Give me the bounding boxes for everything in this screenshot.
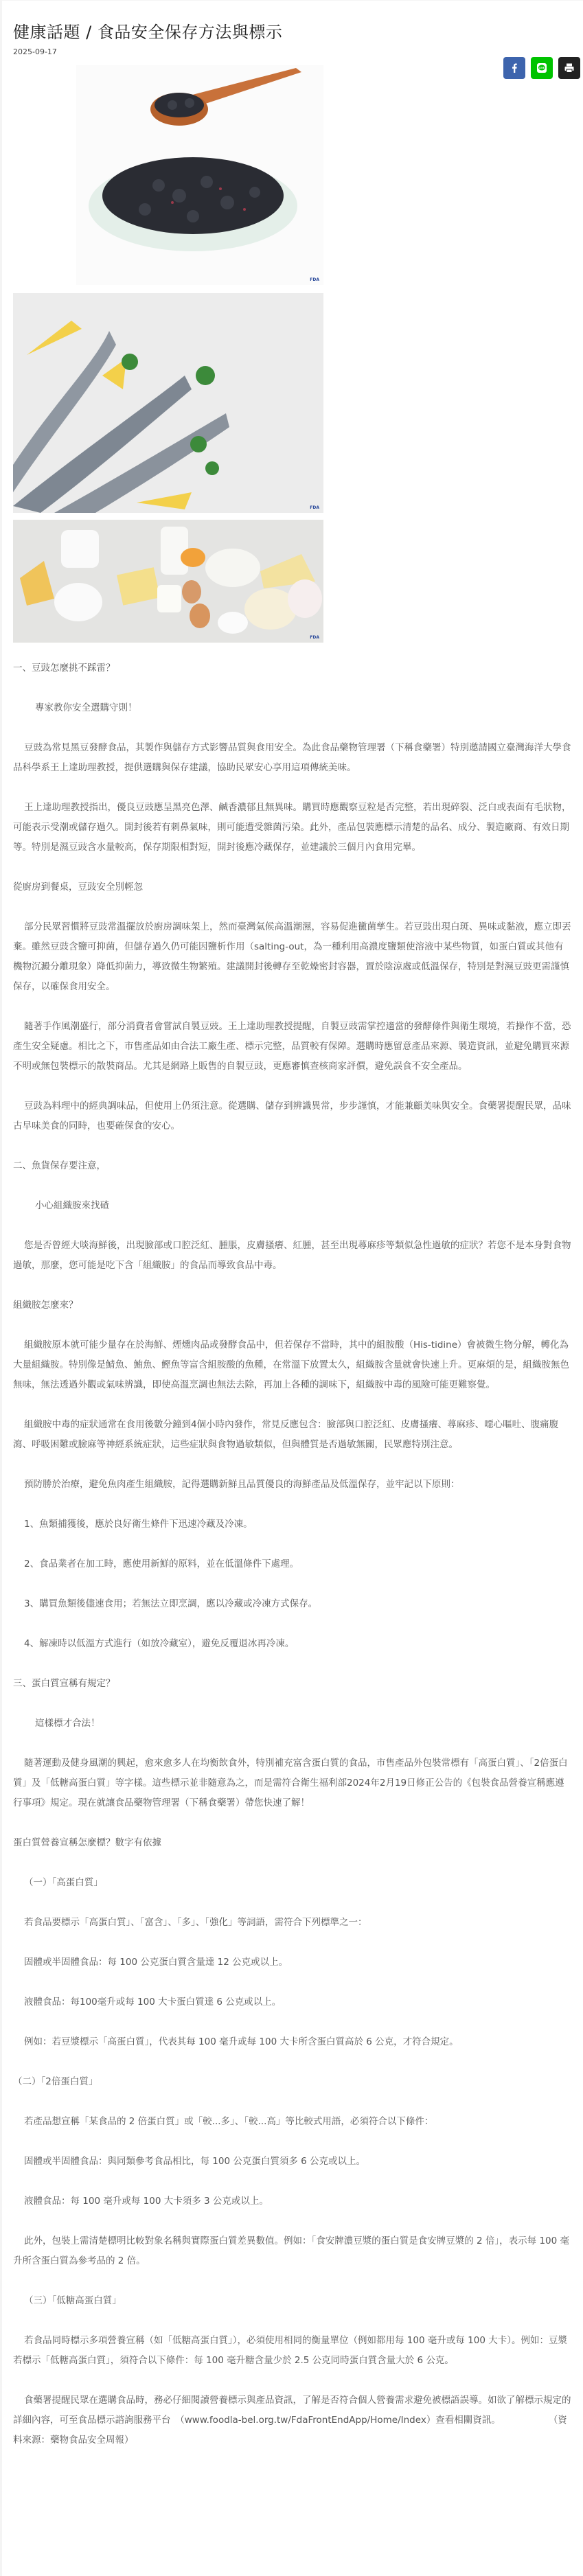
- paragraph: 若食品要標示「高蛋白質」、「富含」、「多」、「強化」等詞語，需符合下列標準之一：: [13, 1913, 572, 1933]
- paragraph: 液體食品：每100毫升或每 100 大卡蛋白質達 6 公克或以上。: [13, 1992, 572, 2012]
- mackerel-image: FDA: [13, 293, 323, 513]
- section-heading: 二、魚貨保存要注意，: [13, 1156, 572, 1176]
- paragraph: 預防勝於治療，避免魚肉產生組織胺，記得選購新鮮且品質優良的海鮮產品及低溫保存，並…: [13, 1475, 572, 1495]
- subsection-heading: 蛋白質營養宣稱怎麼標？數字有依據: [13, 1833, 572, 1853]
- claim-title: （二）「2倍蛋白質」: [13, 2072, 572, 2092]
- paragraph: 部分民眾習慣將豆豉常溫擺放於廚房調味架上，然而臺灣氣候高溫潮濕，容易促進黴菌孳生…: [13, 917, 572, 997]
- section-subheading: 專家教你安全選購守則！: [13, 698, 572, 718]
- paragraph: 組織胺原本就可能少量存在於海鮮、煙燻肉品或發酵食品中，但若保存不當時，其中的組胺…: [13, 1335, 572, 1395]
- section-subheading: 這樣標才合法！: [13, 1714, 572, 1734]
- article-page: 健康話題 / 食品安全保存方法與標示 2025-09-17 LINE: [2, 1, 583, 2576]
- fda-watermark: FDA: [310, 635, 319, 640]
- dairy-image: FDA: [13, 520, 323, 643]
- rule-item: 3、購買魚類後儘速食用；若無法立即烹調，應以冷藏或冷凍方式保存。: [13, 1594, 572, 1614]
- paragraph: 液體食品：每 100 毫升或每 100 大卡須多 3 公克或以上。: [13, 2192, 572, 2211]
- closing-text: ）查看相關資訊。: [426, 2415, 501, 2426]
- food-label-link[interactable]: www.foodla-bel.org.tw/FdaFrontEndApp/Hom…: [185, 2415, 426, 2426]
- paragraph: 此外，包裝上需清楚標明比較對象名稱與實際蛋白質差異數值。例如：「食安牌濃豆漿的蛋…: [13, 2231, 572, 2271]
- article-images: FDA FDA: [13, 57, 572, 647]
- article-body: 一、豆豉怎麼挑不踩雷？ 專家教你安全選購守則！ 豆豉為常見黑豆發酵食品，其製作與…: [13, 658, 572, 2450]
- fda-watermark: FDA: [310, 277, 319, 282]
- paragraph: 固體或半固體食品：與同類參考食品相比，每 100 公克蛋白質須多 6 公克或以上…: [13, 2152, 572, 2172]
- paragraph: 若食品同時標示多項營養宣稱（如「低糖高蛋白質」），必須使用相同的衡量單位（例如都…: [13, 2331, 572, 2371]
- page-title: 健康話題 / 食品安全保存方法與標示: [13, 1, 572, 43]
- claim-title: （三）「低糖高蛋白質」: [13, 2291, 572, 2311]
- douchi-image: FDA: [76, 65, 323, 285]
- paragraph: 隨著運動及健身風潮的興起，愈來愈多人在均衡飲食外，特別補充富含蛋白質的食品，市售…: [13, 1753, 572, 1813]
- paragraph: 隨著手作風潮盛行，部分消費者會嘗試自製豆豉。王上達助理教授提醒，自製豆豉需掌控適…: [13, 1017, 572, 1077]
- claim-title: （一）「高蛋白質」: [13, 1873, 572, 1893]
- rule-item: 2、食品業者在加工時，應使用新鮮的原料，並在低溫條件下處理。: [13, 1554, 572, 1574]
- fda-watermark: FDA: [310, 505, 319, 510]
- paragraph: 若產品想宣稱「某食品的 2 倍蛋白質」或「較...多」、「較...高」等比較式用…: [13, 2112, 572, 2132]
- paragraph: 組織胺中毒的症狀通常在食用後數分鐘到4個小時內發作，常見反應包含：臉部與口腔泛紅…: [13, 1415, 572, 1455]
- section-heading: 一、豆豉怎麼挑不踩雷？: [13, 658, 572, 678]
- paragraph: 例如：若豆漿標示「高蛋白質」，代表其每 100 毫升或每 100 大卡所含蛋白質…: [13, 2032, 572, 2052]
- subsection-heading: 從廚房到餐桌，豆豉安全別輕忽: [13, 877, 572, 897]
- section-subheading: 小心組織胺來找碴: [13, 1196, 572, 1216]
- rule-item: 1、魚類捕獲後，應於良好衛生條件下迅速冷藏及冷凍。: [13, 1515, 572, 1534]
- paragraph: 您是否曾經大啖海鮮後，出現臉部或口腔泛紅、腫脹，皮膚搔癢、紅腫，甚至出現蕁麻疹等…: [13, 1236, 572, 1276]
- paragraph: 固體或半固體食品：每 100 公克蛋白質含量達 12 公克或以上。: [13, 1953, 572, 1973]
- publish-date: 2025-09-17: [13, 47, 572, 57]
- section-heading: 三、蛋白質宣稱有規定？: [13, 1674, 572, 1694]
- paragraph: 豆豉為料理中的經典調味品，但使用上仍須注意。從選購、儲存到辨識異常，步步謹慎，才…: [13, 1096, 572, 1136]
- rule-item: 4、解凍時以低溫方式進行（如放冷藏室），避免反覆退冰再冷凍。: [13, 1634, 572, 1654]
- closing-paragraph: 食藥署提醒民眾在選購食品時，務必仔細閱讀營養標示與產品資訊，了解是否符合個人營養…: [13, 2391, 572, 2450]
- paragraph: 豆豉為常見黑豆發酵食品，其製作與儲存方式影響品質與食用安全。為此食品藥物管理署（…: [13, 738, 572, 778]
- paragraph: 王上達助理教授指出，優良豆豉應呈黑亮色澤、鹹香濃郁且無異味。購買時應觀察豆粒是否…: [13, 798, 572, 858]
- subsection-heading: 組織胺怎麼來？: [13, 1296, 572, 1315]
